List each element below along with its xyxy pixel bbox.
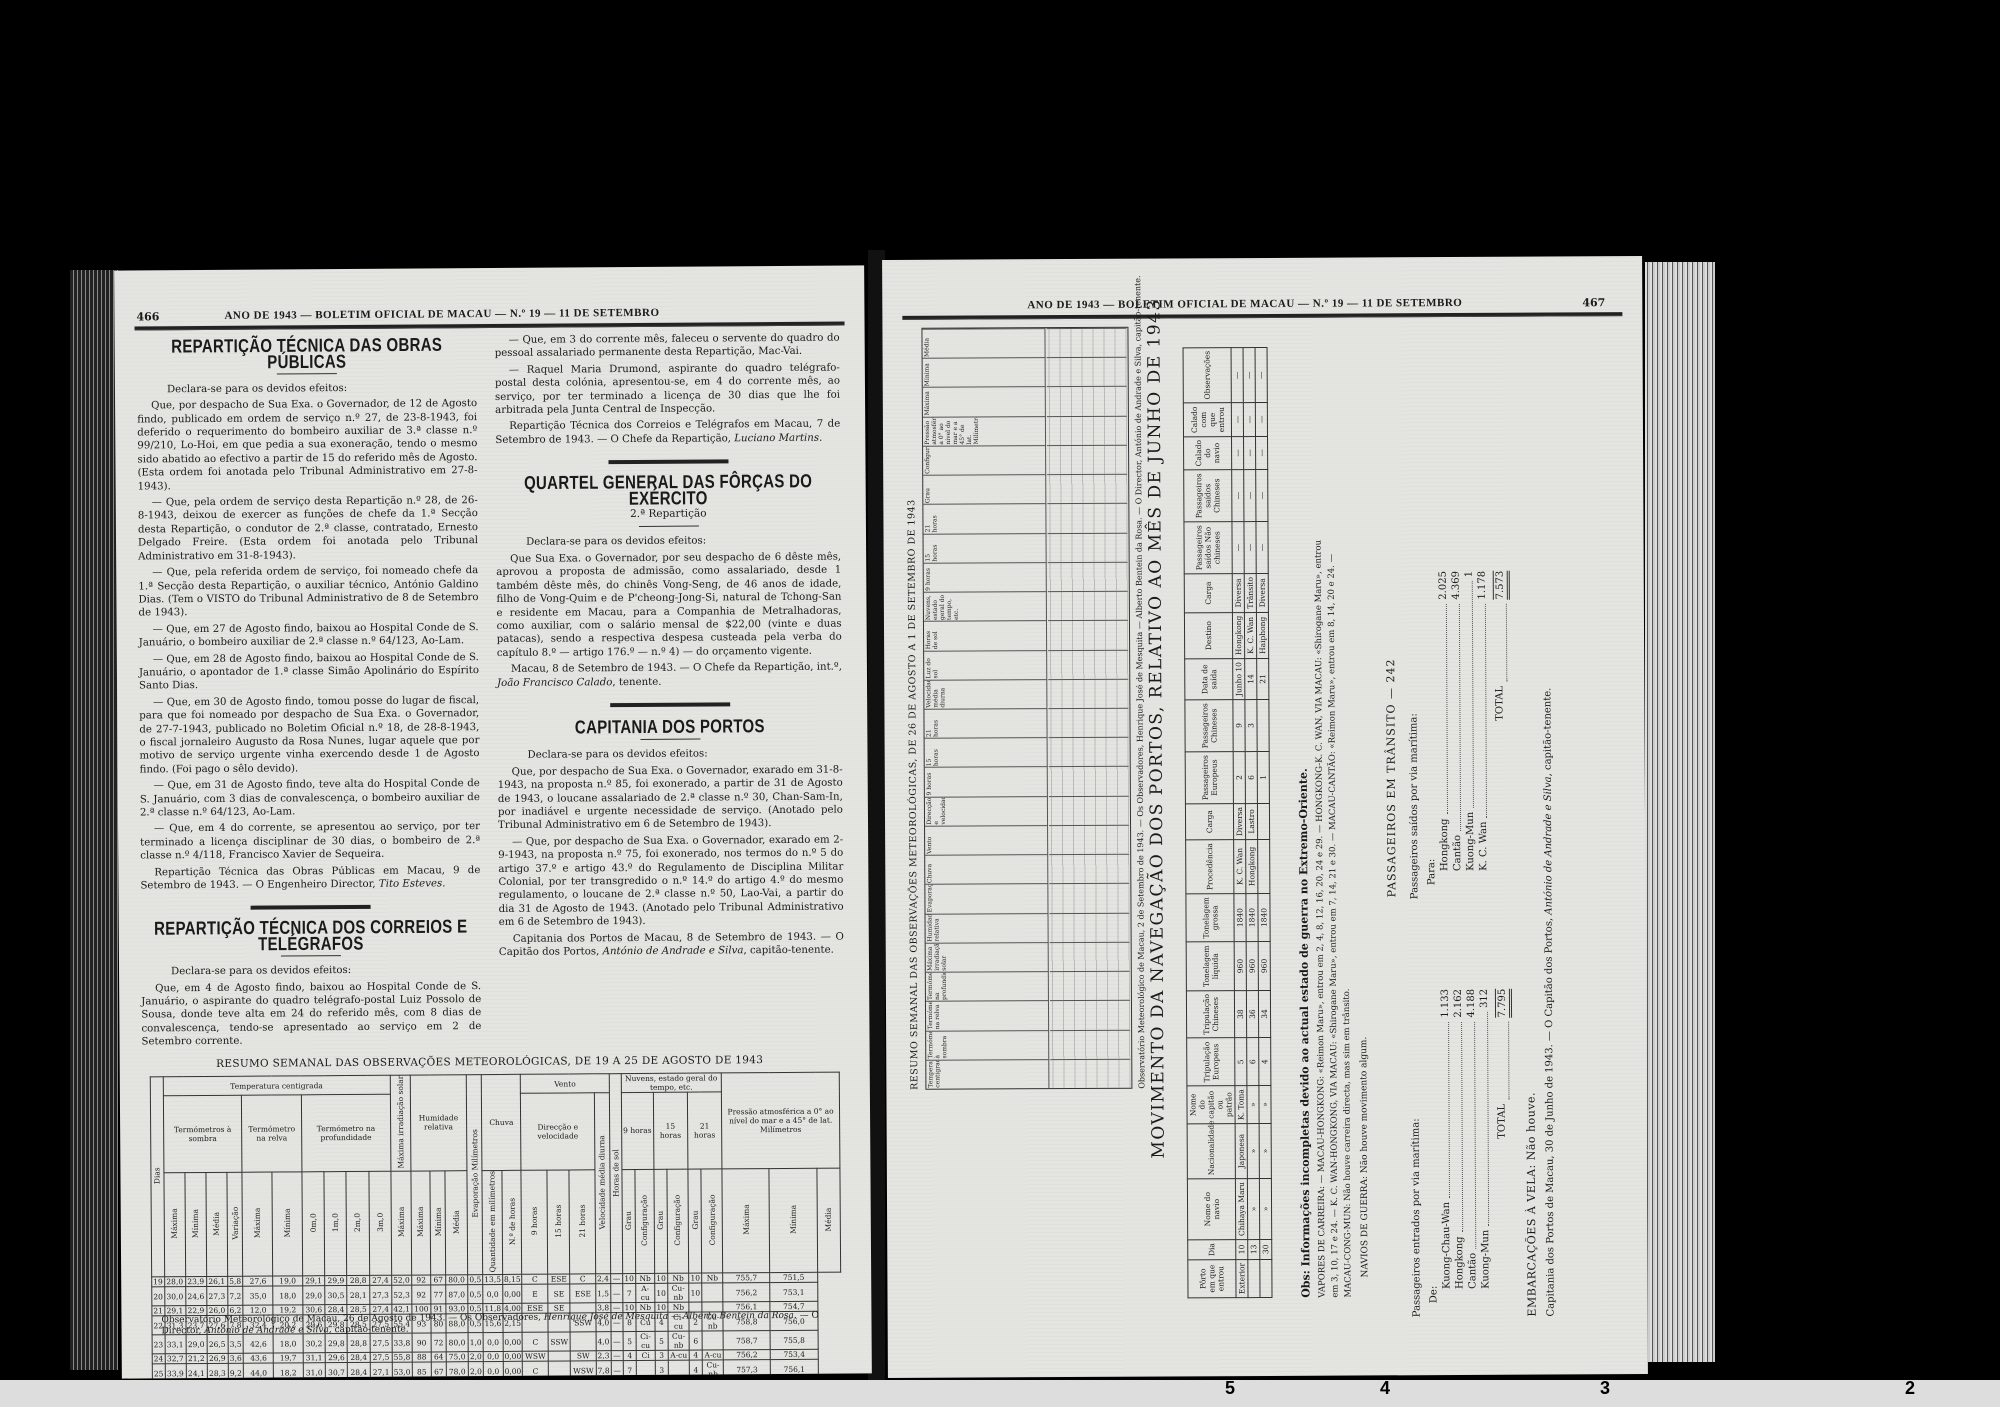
col-group-header: Humidade relativa xyxy=(410,1075,467,1171)
table-cell: » xyxy=(1247,1123,1259,1178)
col-header: 0m,0 xyxy=(302,1172,325,1277)
column-1: REPARTIÇÃO TÉCNICA DAS OBRAS PÚBLICAS De… xyxy=(137,334,482,1052)
section-title-correios: REPARTIÇÃO TÉCNICA DOS CORREIOS E TELÉGR… xyxy=(141,919,481,955)
col-group-header: Temperatura centigrada xyxy=(163,1075,390,1096)
signatory: Tito Esteves. xyxy=(379,878,446,889)
paragraph: — Que, pela ordem de serviço desta Repar… xyxy=(138,494,478,563)
table-cell: 7,8 xyxy=(596,1361,611,1379)
signature-line: Repartição Técnica das Obras Públicas em… xyxy=(140,864,480,893)
col-header: Configuração xyxy=(701,1169,723,1274)
embarcacoes-note: EMBARCAÇÕES À VELA: Não houve. xyxy=(1522,537,1539,1317)
col-header: Chuva xyxy=(925,854,1048,884)
table-cell: 757,3 xyxy=(723,1360,770,1379)
data-column xyxy=(1049,825,1129,855)
table-cell: 42,6 xyxy=(244,1334,274,1353)
data-column xyxy=(1049,766,1129,796)
col-header: Grau xyxy=(622,1169,636,1273)
table-cell: 29,0 xyxy=(186,1335,207,1354)
table-cell: 10 xyxy=(654,1284,668,1303)
passenger-lists: Passageiros entrados por via marítima: D… xyxy=(1407,537,1514,1318)
table-cell xyxy=(1260,1259,1272,1297)
table-cell: 1840 xyxy=(1246,893,1258,941)
col-header: Média xyxy=(817,1168,841,1273)
table-cell: 35,0 xyxy=(243,1286,273,1305)
signatory: João Francisco Calado xyxy=(497,677,612,689)
list-item: Kuong-Mun312 xyxy=(1478,989,1493,1289)
col-header: Grau xyxy=(923,474,1046,504)
table-cell: — xyxy=(1244,470,1256,522)
paragraph: Que, por despacho de Sua Exa. o Governad… xyxy=(137,397,478,493)
table-cell: » xyxy=(1259,1123,1271,1178)
col-group-header: Direcção e velocidade xyxy=(521,1093,595,1170)
col-header: Evaporação Milímetros xyxy=(466,1075,482,1275)
paragraph: — Que, em 4 do corrente, se apresentou a… xyxy=(140,820,480,863)
col-header: Máxima xyxy=(163,1173,185,1278)
table-cell: 27,4 xyxy=(369,1275,391,1285)
col-header: Nacionalidade xyxy=(1187,1124,1235,1179)
table-cell: 34 xyxy=(1258,990,1270,1038)
table-cell: — xyxy=(1256,469,1268,521)
paragraph: Que, por despacho de Sua Exa. o Governad… xyxy=(498,763,843,832)
table-cell xyxy=(702,1283,723,1302)
table-cell: Cu-nb xyxy=(668,1283,689,1302)
table-cell: 5,8 xyxy=(227,1276,243,1286)
col-header: Temperatura centígrada xyxy=(926,1059,1049,1089)
table-cell: 10 xyxy=(1236,1239,1248,1259)
table-cell: — xyxy=(1243,403,1255,436)
col-header: 9 horas xyxy=(521,1170,547,1275)
table-cell: 6 xyxy=(1247,1038,1259,1086)
table-cell: 32,7 xyxy=(165,1354,186,1364)
data-column xyxy=(1049,854,1129,884)
col-header: Grau xyxy=(654,1169,668,1273)
section-title-quartel: QUARTEL GENERAL DAS FÔRÇAS DO EXÉRCITO xyxy=(496,473,841,509)
table-cell: 10 xyxy=(689,1273,703,1283)
col-group-header: 9 horas xyxy=(621,1092,653,1169)
table-cell: 33,8 xyxy=(392,1333,412,1352)
table-cell: 53,0 xyxy=(392,1362,412,1378)
table-cell: K. C. Wan xyxy=(1234,839,1246,893)
obs-note: Obs: Informações incompletas devido ao a… xyxy=(1296,538,1313,1298)
col-header: Passageiros Europeus xyxy=(1185,752,1233,804)
table-cell: 9 xyxy=(1233,700,1245,752)
col-header: Pressão atmosférica a 0° ao nível do mar… xyxy=(923,416,1046,446)
col-group-header: Termómetro na relva xyxy=(242,1095,302,1172)
table-cell: — xyxy=(1255,403,1267,436)
table-cell: 5 xyxy=(1235,1038,1247,1086)
table-cell: » xyxy=(1247,1086,1259,1124)
data-column xyxy=(1048,649,1128,679)
paragraph: — Que, pela referida ordem de serviço, f… xyxy=(138,564,478,620)
table-cell: 44,0 xyxy=(244,1363,274,1378)
table-cell: 27,1 xyxy=(370,1362,392,1378)
col-header: Termómetro na profundidade xyxy=(926,971,1049,1001)
table-cell: Nb xyxy=(668,1273,689,1283)
col-header: Grau xyxy=(688,1169,702,1273)
table-cell: 0,00 xyxy=(502,1285,522,1304)
table-cell: Ci-cu xyxy=(636,1332,655,1351)
col-header: Velocidade média diurna xyxy=(924,679,1047,709)
table-cell: 88 xyxy=(412,1352,432,1362)
page-number: 467 xyxy=(1582,296,1605,309)
table-cell: 26,9 xyxy=(207,1354,228,1364)
table-cell: 28,1 xyxy=(347,1286,369,1305)
table-cell: — xyxy=(611,1332,623,1351)
table-cell: 30,7 xyxy=(325,1363,347,1379)
table-cell: 85 xyxy=(412,1362,432,1378)
saidos-list: Passageiros saídos por via marítima: Par… xyxy=(1407,571,1512,900)
data-column xyxy=(1048,708,1128,738)
table-cell: 4,0 xyxy=(596,1332,611,1351)
table-cell: 19,7 xyxy=(273,1353,303,1363)
table-cell: 38 xyxy=(1234,990,1246,1038)
table-cell: 0,00 xyxy=(503,1333,523,1352)
table-cell: — xyxy=(611,1351,623,1361)
table-cell: A-cu xyxy=(636,1284,655,1303)
table-cell: WSW xyxy=(523,1351,548,1361)
table-cell xyxy=(702,1331,723,1350)
table-cell: 4 xyxy=(623,1351,637,1361)
table-cell: 90 xyxy=(412,1333,432,1352)
table-cell: 755,8 xyxy=(770,1330,817,1349)
table-cell: 3,5 xyxy=(228,1334,244,1353)
signature-line: Macau, 8 de Setembro de 1943. — O Chefe … xyxy=(497,661,842,690)
table-cell: 30,2 xyxy=(303,1334,325,1353)
table-cell: 756,2 xyxy=(723,1283,770,1302)
table-cell: » xyxy=(1259,1086,1271,1124)
col-header: Termómetro na relva xyxy=(926,1000,1049,1030)
col-header: Pôrto em que entrou xyxy=(1188,1259,1236,1298)
table-cell: Hongkong xyxy=(1246,839,1258,893)
table-cell: 6 xyxy=(689,1331,703,1350)
table-cell: 23,9 xyxy=(185,1277,206,1287)
table-cell: Hongkong xyxy=(1232,612,1244,658)
table-cell xyxy=(668,1360,689,1378)
table-cell: 27,5 xyxy=(370,1352,392,1362)
col-header: Tonelagem líquida xyxy=(1186,942,1234,991)
column-2: — Que, em 3 do corrente mês, faleceu o s… xyxy=(495,332,844,963)
table-cell: — xyxy=(1243,348,1255,403)
table-cell: C xyxy=(523,1361,549,1378)
col-header: Observações xyxy=(1183,348,1231,403)
col-header: Mínima xyxy=(769,1168,817,1273)
data-column xyxy=(1049,795,1129,825)
section-divider xyxy=(251,905,371,910)
col-group-header: 15 horas xyxy=(653,1092,688,1169)
col-header: 1m,0 xyxy=(324,1171,347,1276)
table-cell: 27,3 xyxy=(369,1285,391,1304)
table-cell: SE xyxy=(548,1284,571,1303)
col-header: Calado com que entrou xyxy=(1183,403,1231,437)
table-cell: 25 xyxy=(152,1364,165,1379)
declaration-intro: Declara-se para os devidos efeitos: xyxy=(497,747,842,763)
col-header: Quantidade em milímetros xyxy=(482,1170,502,1274)
col-header: Mínima xyxy=(923,357,1046,387)
table-cell: A-cu xyxy=(703,1350,724,1360)
table-cell: 55,8 xyxy=(392,1352,412,1362)
data-column xyxy=(1050,942,1130,972)
data-column xyxy=(1047,474,1127,504)
table-cell: Cu-nb xyxy=(703,1360,724,1378)
table-cell: 33,1 xyxy=(165,1335,186,1354)
declaration-intro: Declara-se para os devidos efeitos: xyxy=(141,963,481,979)
paragraph: Que Sua Exa. o Governador, por seu despa… xyxy=(496,550,842,660)
data-column xyxy=(1049,912,1129,942)
col-header: Máxima irradiação solar xyxy=(390,1075,410,1171)
signature-line: Capitania dos Portos de Macau, 8 de Sete… xyxy=(499,930,844,959)
data-column xyxy=(1047,386,1127,416)
table-cell: 30,0 xyxy=(164,1287,185,1306)
table-cell: 67 xyxy=(432,1362,446,1379)
col-header: 3m,0 xyxy=(369,1171,392,1276)
table-cell: 10 xyxy=(654,1274,668,1284)
table-cell: 5 xyxy=(623,1332,637,1351)
table-cell: 6 xyxy=(1245,751,1257,803)
running-head: ANO DE 1943 — BOLETIM OFICIAL DE MACAU —… xyxy=(224,307,659,322)
table-cell: C xyxy=(522,1274,547,1284)
col-header: Máxima xyxy=(411,1171,431,1275)
col-header: 9 horas xyxy=(925,767,1048,797)
passengers-block: PASSAGEIROS EM TRÂNSITO — 242 Passageiro… xyxy=(1384,536,1558,1317)
col-header: Mínima xyxy=(184,1172,206,1277)
table-cell: WSW xyxy=(571,1361,597,1379)
table-cell: 27,3 xyxy=(206,1287,227,1306)
col-header: 2m,0 xyxy=(346,1171,369,1276)
table-cell: 2,3 xyxy=(596,1351,611,1361)
data-column xyxy=(1048,532,1128,562)
data-column xyxy=(1050,1058,1130,1088)
table-cell: 20 xyxy=(152,1287,165,1306)
table-cell: 3 xyxy=(1245,699,1257,751)
table-cell: 29,0 xyxy=(303,1286,325,1305)
navigation-table: Pôrto em que entrouDiaNome do navioNacio… xyxy=(1183,347,1273,1298)
table-cell: ESE xyxy=(548,1274,571,1284)
table-cell: — xyxy=(1255,348,1267,403)
col-header: Tripulação Chineses xyxy=(1186,990,1234,1038)
col-group-header: Vento xyxy=(521,1074,609,1094)
edge-mark: 5 xyxy=(1225,1378,1235,1399)
col-header: Máxima xyxy=(923,387,1046,417)
navios-guerra-note: NAVIOS DE GUERRA: Não houve movimento al… xyxy=(1356,537,1373,1297)
table-cell: 0,5 xyxy=(468,1285,483,1304)
table-cell: 36 xyxy=(1246,990,1258,1038)
table-cell: 2,0 xyxy=(468,1362,483,1379)
table-cell: 43,6 xyxy=(244,1353,274,1363)
met-table-2-title: RESUMO SEMANAL DAS OBSERVAÇÕES METEOROLÓ… xyxy=(904,330,921,1090)
table-cell: 18,0 xyxy=(273,1334,303,1353)
navigation-title: MOVIMENTO DA NAVEGAÇÃO DOS PORTOS, RELAT… xyxy=(1144,298,1169,1158)
table-cell: 31,1 xyxy=(303,1353,325,1363)
table-cell: SSW xyxy=(548,1332,571,1351)
right-page: ANO DE 1943 — BOLETIM OFICIAL DE MACAU —… xyxy=(882,256,1648,1378)
col-header: Vento xyxy=(925,825,1048,855)
col-header: Carga xyxy=(1185,804,1233,840)
table-cell: » xyxy=(1259,1178,1271,1239)
col-header: Horas de sol xyxy=(924,620,1047,650)
table-cell: 960 xyxy=(1246,942,1258,990)
table-cell: 64 xyxy=(432,1352,446,1362)
data-column xyxy=(1048,562,1128,592)
table-cell: 92 xyxy=(411,1275,431,1285)
col-header: Máxima xyxy=(722,1168,770,1273)
col-group-header: Termómetros à sombra xyxy=(163,1095,242,1172)
col-header: N.º de horas xyxy=(502,1170,522,1274)
met-table-title: RESUMO SEMANAL DAS OBSERVAÇÕES METEOROLÓ… xyxy=(180,1054,800,1070)
table-cell: C xyxy=(523,1332,549,1351)
table-cell: 30 xyxy=(1260,1239,1272,1259)
table-cell: — xyxy=(1244,522,1256,574)
col-header: Calado do navio xyxy=(1184,436,1232,470)
col-header: Direcção e velocidade xyxy=(925,796,1048,826)
table-cell: 18,0 xyxy=(273,1286,303,1305)
declaration-intro: Declara-se para os devidos efeitos: xyxy=(137,381,477,397)
data-column xyxy=(1048,591,1128,621)
table-cell: 753,1 xyxy=(770,1282,817,1301)
col-header: Passageiros saídos Chineses xyxy=(1184,470,1232,522)
table-cell: 0,00 xyxy=(503,1362,523,1379)
col-group-header: Pressão atmosférica a 0° ao nível do mar… xyxy=(721,1072,840,1169)
table-cell: 10 xyxy=(689,1283,703,1302)
table-cell: 0,00 xyxy=(503,1352,523,1362)
col-header: Mínima xyxy=(430,1171,445,1275)
table-cell: — xyxy=(610,1284,622,1303)
bottom-scan-strip xyxy=(0,1380,2000,1407)
col-header: Procedência xyxy=(1186,840,1234,894)
met-sub-header-row: MáximaMínimaMédiaVariaçãoMáximaMínima0m,… xyxy=(151,1168,841,1277)
table-cell: » xyxy=(1247,1178,1259,1239)
table-cell: K. Toma xyxy=(1235,1086,1247,1124)
table-cell: 8,15 xyxy=(502,1275,522,1285)
table-cell: 23 xyxy=(152,1335,165,1354)
edge-mark: 4 xyxy=(1380,1378,1390,1399)
paragraph: — Que, por despacho de Sua Exa. o Govern… xyxy=(498,833,844,929)
table-cell: 13,5 xyxy=(483,1275,503,1285)
col-group-header: Termómetro na profundidade xyxy=(301,1094,391,1171)
col-header: Média xyxy=(205,1172,227,1277)
table-cell xyxy=(1248,1259,1260,1297)
data-column xyxy=(1047,415,1127,445)
table-cell: 24 xyxy=(152,1354,165,1364)
table-cell: Chihaya Maru xyxy=(1235,1179,1247,1240)
col-header: 21 horas xyxy=(924,708,1047,738)
table-cell: 0,0 xyxy=(483,1352,503,1362)
table-cell: — xyxy=(1231,403,1243,436)
table-cell: 21 xyxy=(1257,658,1269,699)
table-cell: 7,2 xyxy=(227,1286,243,1305)
table-cell: 7 xyxy=(622,1284,636,1303)
table-cell: E xyxy=(522,1284,548,1303)
col-header: Passageiros Chineses xyxy=(1185,700,1233,752)
table-cell: 24,6 xyxy=(185,1287,206,1306)
left-book-edge xyxy=(70,270,118,1370)
table-cell: — xyxy=(611,1361,623,1379)
table-cell: 24,1 xyxy=(186,1364,207,1379)
entrados-list: Passageiros entrados por via marítima: D… xyxy=(1409,989,1514,1318)
table-cell xyxy=(1258,839,1270,893)
table-cell: 18,2 xyxy=(273,1363,303,1379)
table-cell: 28,4 xyxy=(348,1353,370,1363)
col-header: Termómetros à sombra xyxy=(926,1030,1049,1060)
table-cell: 3 xyxy=(655,1361,669,1379)
table-cell: 3,6 xyxy=(228,1353,244,1363)
table-cell: Nb xyxy=(702,1273,723,1283)
table-cell: Japonesa xyxy=(1235,1124,1247,1179)
divider xyxy=(281,955,341,956)
table-cell: Exterior xyxy=(1236,1259,1248,1297)
table-cell: 75,0 xyxy=(446,1352,469,1362)
section-divider xyxy=(608,460,728,465)
table-cell: C xyxy=(570,1274,595,1284)
table-cell: — xyxy=(1256,436,1268,469)
table-cell: 3 xyxy=(655,1351,669,1361)
table-cell: Haiphong xyxy=(1256,612,1268,658)
table-cell: 2 xyxy=(1233,751,1245,803)
table-cell: ESE xyxy=(570,1284,596,1303)
table-cell: 19 xyxy=(152,1277,165,1287)
table-cell: — xyxy=(1232,522,1244,574)
col-header: Variação xyxy=(226,1172,243,1276)
edge-mark: 2 xyxy=(1905,1378,1915,1399)
table-cell: 751,5 xyxy=(770,1272,817,1282)
table-cell: 78,0 xyxy=(446,1362,469,1379)
data-column xyxy=(1048,620,1128,650)
table-cell: 87,0 xyxy=(445,1285,468,1304)
table-cell: 80,0 xyxy=(445,1275,468,1285)
data-column xyxy=(1050,1000,1130,1030)
col-header: Mínima xyxy=(272,1172,302,1277)
entrados-total: TOTAL7.795 xyxy=(1495,989,1514,1317)
paragraph: — Que, em 31 de Agosto findo, teve alta … xyxy=(140,777,480,820)
paragraph: — Que, em 3 do corrente mês, faleceu o s… xyxy=(495,332,840,361)
declaration-intro: Declara-se para os devidos efeitos: xyxy=(496,534,841,550)
table-cell: 0,0 xyxy=(483,1285,503,1304)
col-header: Carga xyxy=(1184,574,1232,613)
col-header: 21 horas xyxy=(569,1170,595,1275)
table-cell: 28,0 xyxy=(164,1277,185,1287)
table-cell: Cu-nb xyxy=(668,1331,689,1350)
col-header: Evaporação xyxy=(925,884,1048,914)
col-header: Destino xyxy=(1184,612,1232,659)
table-cell: SW xyxy=(571,1351,596,1361)
table-cell: Nb xyxy=(636,1274,655,1284)
col-header: Luz do sol xyxy=(924,650,1047,680)
col-header: Nuvens, estado geral do tempo, etc. xyxy=(924,591,1047,621)
table-cell: 756,2 xyxy=(723,1350,770,1360)
table-cell: 26,1 xyxy=(206,1277,227,1287)
table-cell: 28,8 xyxy=(347,1276,369,1286)
table-cell: 0,0 xyxy=(483,1362,503,1379)
passengers-signature: Capitania dos Portos de Macau, 30 de Jun… xyxy=(1541,536,1558,1316)
table-cell: 77 xyxy=(431,1285,445,1304)
col-header: Configuração xyxy=(667,1169,688,1274)
table-cell: 72 xyxy=(431,1333,445,1352)
table-cell: 29,9 xyxy=(325,1276,347,1286)
table-cell: 19,0 xyxy=(273,1276,303,1286)
data-column xyxy=(1047,503,1127,533)
navigation-table-header: Pôrto em que entrouDiaNome do navioNacio… xyxy=(1183,348,1236,1298)
navigation-title-block: MOVIMENTO DA NAVEGAÇÃO DOS PORTOS, RELAT… xyxy=(1144,298,1169,1158)
table-cell: 14 xyxy=(1245,659,1257,700)
met-table-2-grid: Temperatura centígradaTermómetros à somb… xyxy=(921,327,1132,1090)
col-header: 21 horas xyxy=(923,504,1046,534)
col-group-header: Chuva xyxy=(481,1074,521,1170)
saidos-total: TOTAL7.573 xyxy=(1493,571,1512,899)
table-cell: — xyxy=(1232,470,1244,522)
table-cell: Diversa xyxy=(1256,573,1268,612)
table-cell: 27,5 xyxy=(370,1333,392,1352)
table-cell: — xyxy=(1231,348,1243,403)
table-cell: 92 xyxy=(411,1285,431,1304)
